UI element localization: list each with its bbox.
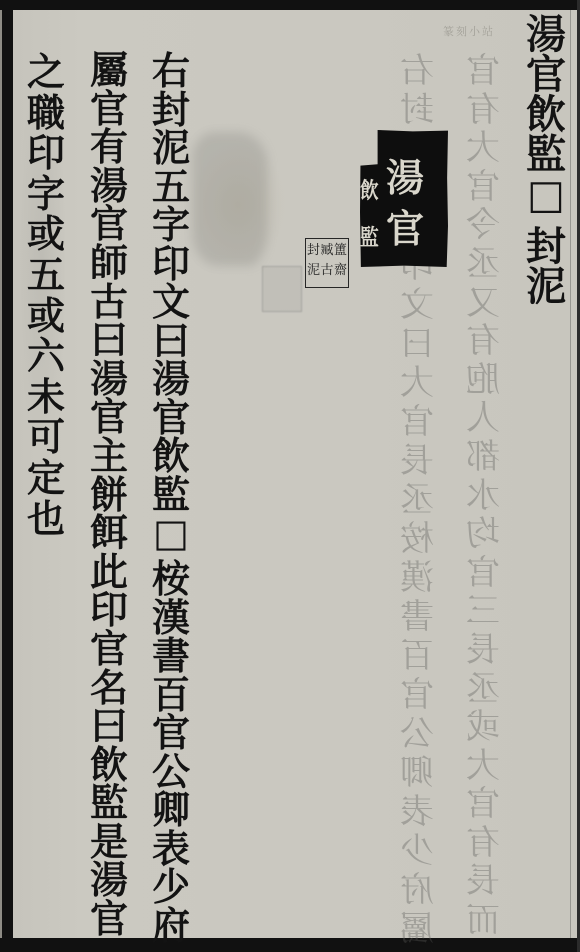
frame-border-bottom [0,938,580,952]
collector-seal: 簠齋 臧古 封泥 [305,238,349,288]
character: 又 [461,284,505,323]
character: 餌 [86,514,132,553]
character: 或 [23,214,69,255]
character: 曰 [148,322,194,361]
character: 三 [461,592,505,631]
watermark: 篆刻小站 [443,23,495,39]
character: 也 [23,499,69,540]
character: 古 [321,261,334,281]
character: 飲 [86,746,132,785]
character: 飲 [523,95,569,135]
character: □ [148,514,194,553]
character: 字 [148,206,194,245]
character: 人 [461,399,505,438]
bleed-column-1: 官有大官令丞又有胞人都水均官三長丞或大官有長而 [461,52,505,940]
character: 大 [395,364,439,403]
character: 文 [395,286,439,325]
character: 之 [23,52,69,93]
body-column-2: 屬官有湯官師古曰湯官主餅餌此印官名曰飲監是湯官 [86,51,132,939]
frame-border-left [2,0,13,952]
collector-seal-column-3: 封泥 [307,241,320,285]
character: 定 [23,458,69,499]
character: 曰 [86,707,132,746]
character: □ [523,175,569,215]
character: 官 [395,676,439,715]
character: 可 [23,417,69,458]
character: 湯 [86,167,132,206]
character: 百 [395,637,439,676]
collector-seal-column-1: 簠齋 [334,241,347,285]
character: 官 [461,52,505,91]
title-part-1: 湯官飲監□ [523,15,569,215]
character: 監 [148,476,194,515]
character: 六 [23,336,69,377]
character: 飲 [360,168,379,215]
character: 屬 [86,51,132,90]
character: 湯 [86,360,132,399]
body-column-1-part-1: 右封泥五字印文曰湯官飲監□ [148,52,194,553]
character: 簠 [334,241,347,261]
character: 百 [148,676,194,715]
character: 是 [86,823,132,862]
character: 湯 [148,360,194,399]
character: 屬 [395,910,439,949]
character: 漢 [395,559,439,598]
seal-right-column: 湯官 [382,152,428,254]
character: 封 [307,241,320,261]
character: 泥 [523,267,569,307]
character: 有 [461,824,505,863]
character: 桉 [395,520,439,559]
character: 監 [86,784,132,823]
character: 長 [395,442,439,481]
character: 官 [86,398,132,437]
character: 古 [86,283,132,322]
character: 都 [461,438,505,477]
character: 均 [461,515,505,554]
character: 書 [395,598,439,637]
character: 官 [148,399,194,438]
character: 官 [382,203,428,254]
character: 文 [148,283,194,322]
character: 府 [148,907,194,946]
character: 職 [23,93,69,134]
character: 丞 [395,481,439,520]
collector-seal-column-2: 臧古 [321,241,334,285]
character: 胞 [461,361,505,400]
character: 書 [148,637,194,676]
character: 官 [86,205,132,244]
character: 未 [23,377,69,418]
character: 湯 [523,15,569,55]
character: 封 [395,91,439,130]
character: 漢 [148,599,194,638]
frame-border-top [0,0,580,10]
title-part-2: 封泥 [523,227,569,307]
character: 或 [461,708,505,747]
character: 公 [395,715,439,754]
character: 長 [461,862,505,901]
character: 公 [148,753,194,792]
character: 曰 [395,325,439,364]
character: 官 [86,900,132,939]
character: 令 [461,206,505,245]
character: 曰 [86,321,132,360]
character: 印 [86,591,132,630]
character: 官 [461,785,505,824]
character: 丞 [461,245,505,284]
character: 封 [148,91,194,130]
character: 官 [461,554,505,593]
character: 湯 [86,861,132,900]
character: 此 [86,553,132,592]
character: 府 [395,871,439,910]
character: 表 [148,830,194,869]
character: 大 [461,747,505,786]
character: 湯 [382,152,428,203]
character: 餅 [86,476,132,515]
character: 官 [523,55,569,95]
character: 卿 [395,754,439,793]
bleed-column-2-top: 右封 [395,52,439,130]
character: 桉 [148,560,194,599]
bleed-small-seal-ghost [262,266,302,312]
character: 主 [86,437,132,476]
body-column-1-part-2: 桉漢書百官公卿表少府 [148,560,194,945]
character: 有 [461,91,505,130]
character: 字 [23,174,69,215]
character: 大 [461,129,505,168]
character: 表 [395,793,439,832]
character: 水 [461,477,505,516]
character: 官 [86,630,132,669]
character: 有 [461,322,505,361]
character: 而 [461,901,505,940]
character: 五 [148,168,194,207]
character: 飲 [148,437,194,476]
character: 官 [86,90,132,129]
body-column-3: 之職印字或五或六未可定也 [23,52,69,539]
character: 少 [395,832,439,871]
character: 少 [148,868,194,907]
character: 監 [523,135,569,175]
character: 臧 [321,241,334,261]
character: 封 [523,227,569,267]
character: 丞 [461,670,505,709]
frame-rule-right [570,10,571,938]
seal-left-column: 飲監 [360,168,379,262]
character: 齋 [334,261,347,281]
character: 印 [23,133,69,174]
character: 長 [461,631,505,670]
character: 官 [395,403,439,442]
character: 或 [23,296,69,337]
bleed-column-2-bottom: 印文曰大官長丞桉漢書百官公卿表少府屬 [395,247,439,949]
character: 監 [360,215,379,262]
book-page: 篆刻小站 官有大官令丞又有胞人都水均官三長丞或大官有長而 右封 印文曰大官長丞桉… [0,0,580,952]
character: 五 [23,255,69,296]
character: 右 [395,52,439,91]
clay-seal-impression: 湯官 飲監 [360,130,448,267]
character: 泥 [148,129,194,168]
character: 名 [86,669,132,708]
character: 師 [86,244,132,283]
character: 有 [86,128,132,167]
character: 卿 [148,791,194,830]
bleed-seal-ghost [192,132,268,266]
character: 泥 [307,261,320,281]
character: 官 [148,714,194,753]
character: 右 [148,52,194,91]
character: 官 [461,168,505,207]
character: 印 [148,245,194,284]
